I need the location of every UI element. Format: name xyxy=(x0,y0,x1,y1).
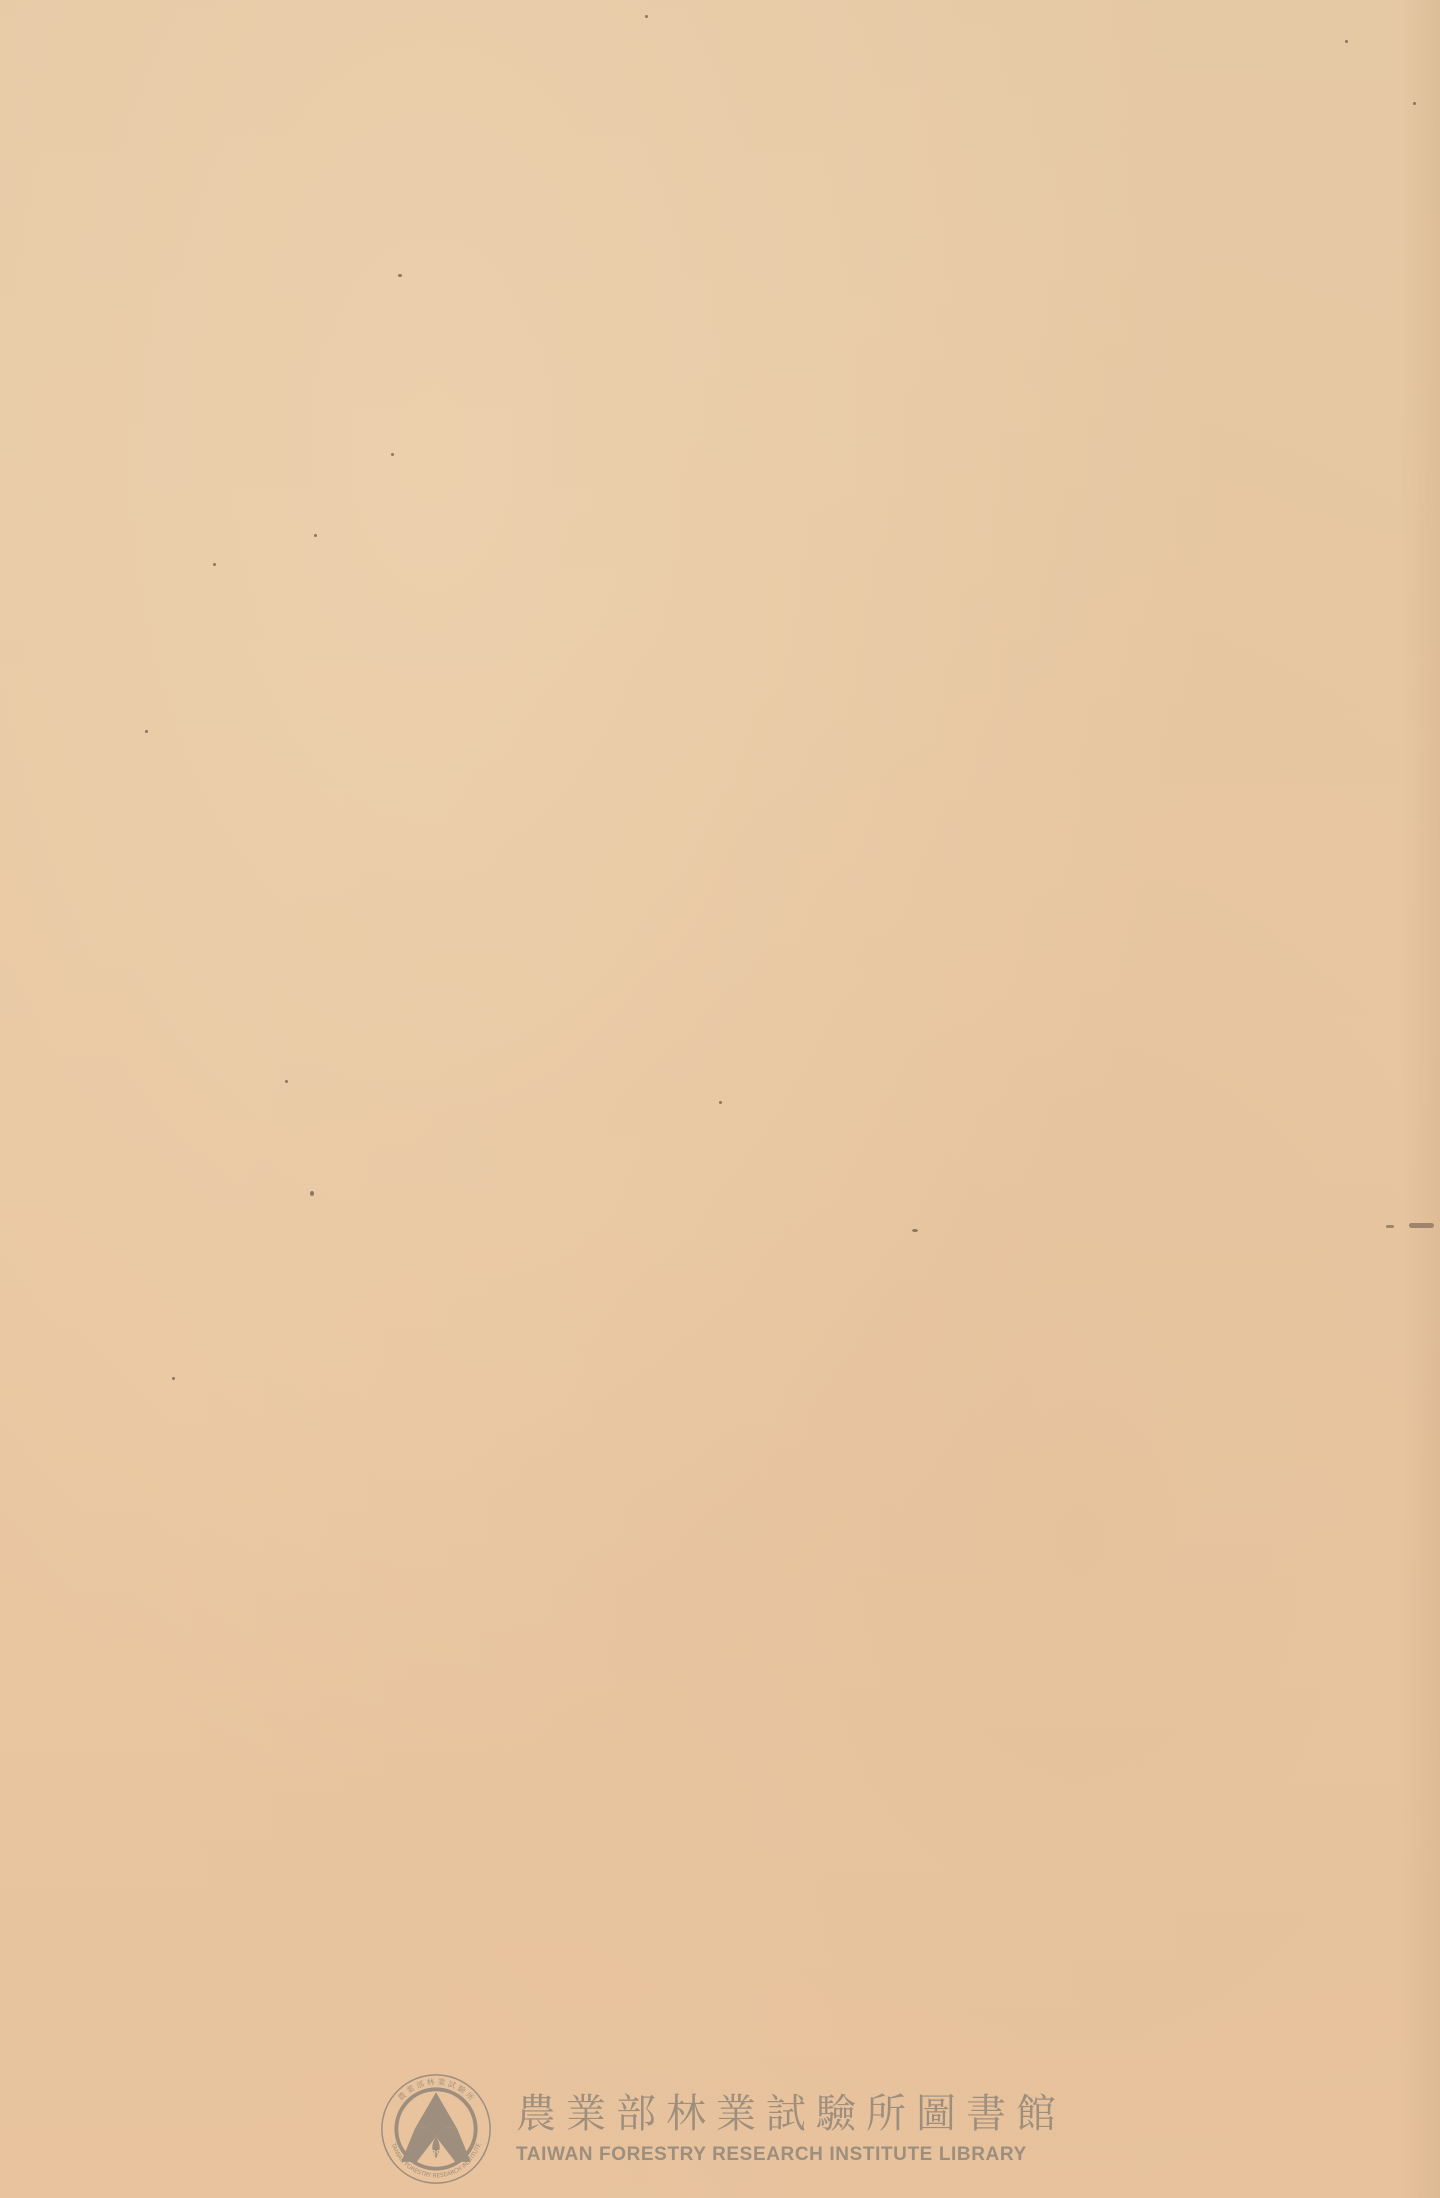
edge-mark xyxy=(1409,1223,1434,1228)
svg-text:1896: 1896 xyxy=(425,2149,446,2158)
paper-speck xyxy=(1413,102,1416,105)
watermark-title-chinese: 農業部林業試驗所圖書館 xyxy=(516,2091,1066,2137)
paper-speck xyxy=(213,563,216,566)
paper-speck xyxy=(145,730,148,733)
paper-speck xyxy=(1345,40,1348,43)
paper-speck xyxy=(391,453,394,456)
forestry-institute-emblem-icon: 1896 農 業 部 林 業 試 驗 所 TAIWAN FORESTRY RES… xyxy=(378,2071,494,2187)
paper-speck xyxy=(645,15,648,18)
watermark-text: 農業部林業試驗所圖書館 TAIWAN FORESTRY RESEARCH INS… xyxy=(516,2091,1066,2167)
paper-speck xyxy=(310,1191,314,1196)
paper-speck xyxy=(314,534,317,537)
page-edge-shading xyxy=(1400,0,1440,2198)
library-watermark: 1896 農 業 部 林 業 試 驗 所 TAIWAN FORESTRY RES… xyxy=(378,2070,1066,2188)
watermark-title-english: TAIWAN FORESTRY RESEARCH INSTITUTE LIBRA… xyxy=(516,2143,1066,2167)
edge-mark xyxy=(1386,1225,1394,1228)
paper-speck xyxy=(912,1229,918,1232)
paper-speck xyxy=(285,1080,288,1083)
paper-speck xyxy=(172,1377,175,1380)
scanned-page: 1896 農 業 部 林 業 試 驗 所 TAIWAN FORESTRY RES… xyxy=(0,0,1440,2198)
paper-speck xyxy=(719,1101,722,1104)
paper-speck xyxy=(398,274,402,277)
